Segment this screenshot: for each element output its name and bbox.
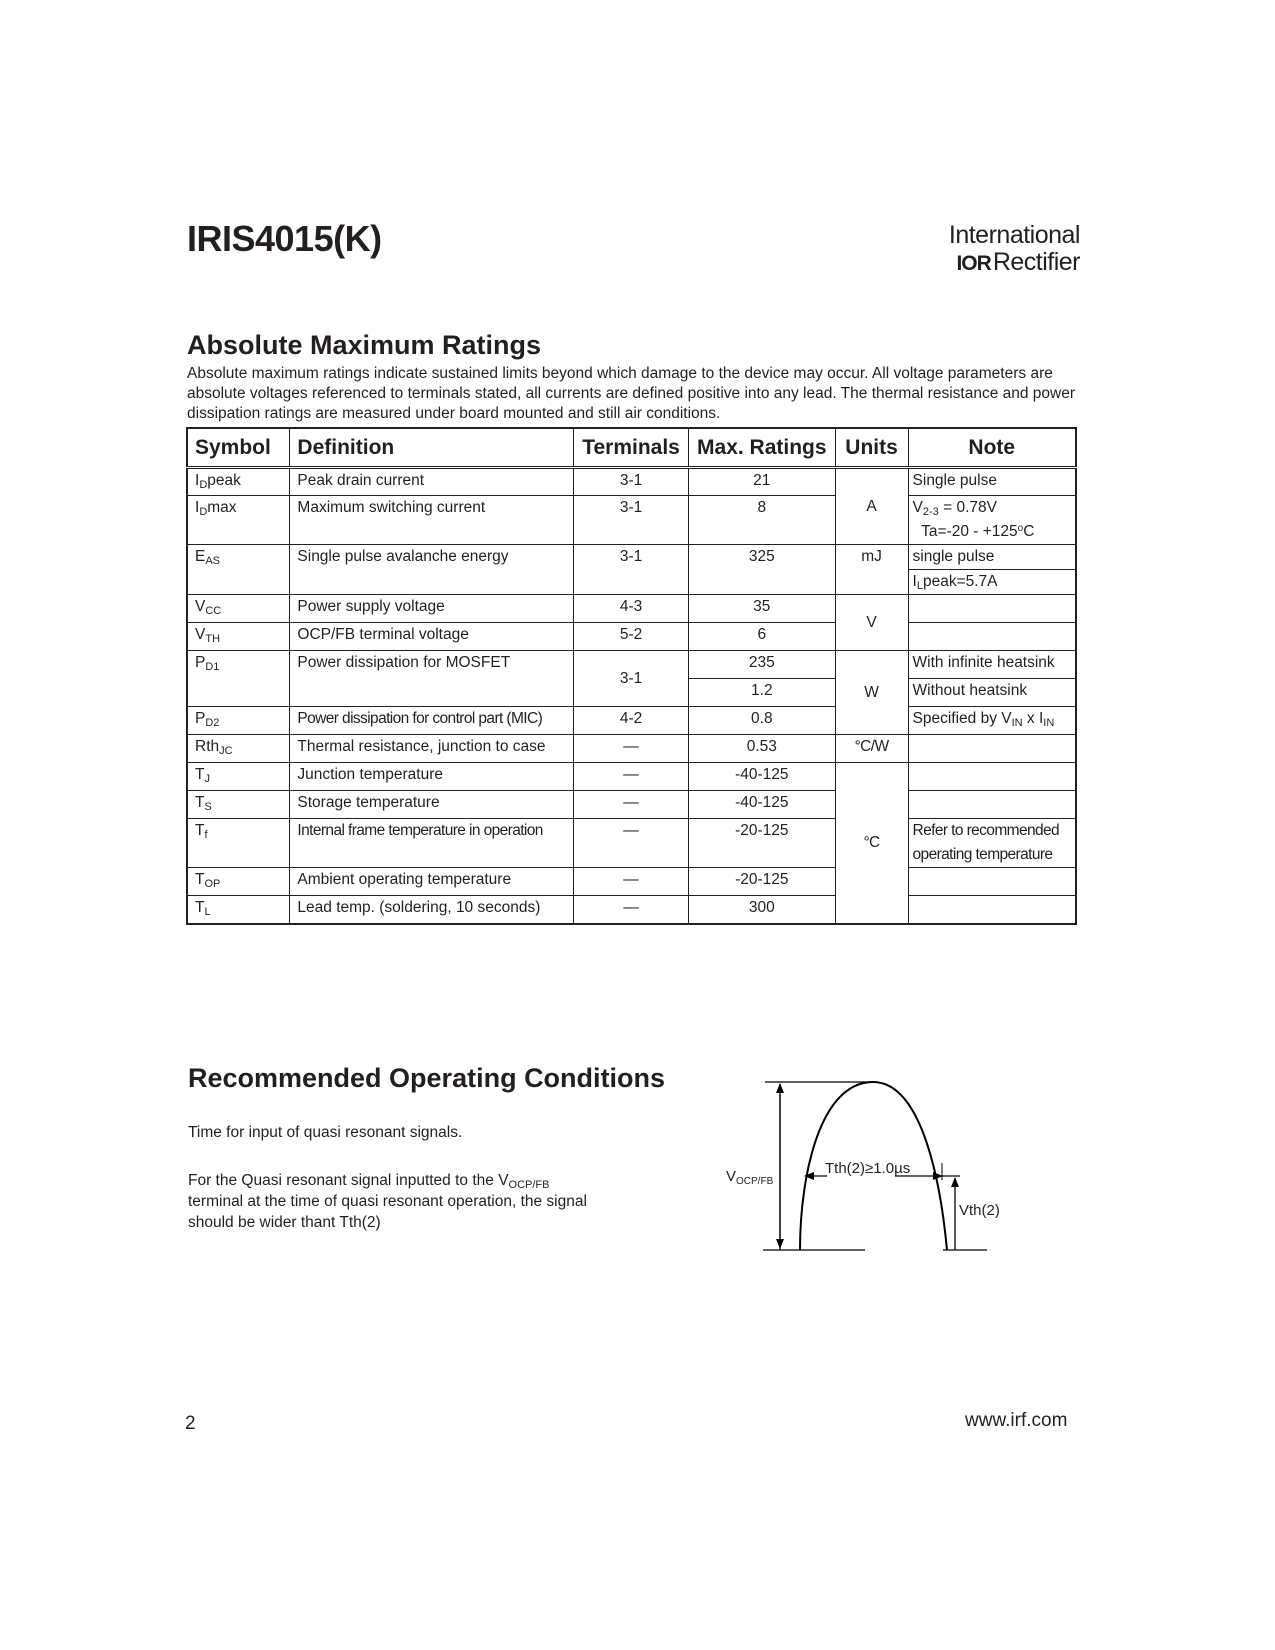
note-cell: [908, 868, 1076, 896]
definition-cell: Maximum switching current: [290, 496, 574, 545]
document-title: IRIS4015(K): [187, 218, 382, 260]
note-cell: [908, 595, 1076, 623]
max-rating-cell: 21: [689, 468, 836, 496]
units-cell: V: [835, 595, 908, 651]
symbol-cell: VCC: [187, 595, 290, 623]
definition-cell: Peak drain current: [290, 468, 574, 496]
section-title-recommended: Recommended Operating Conditions: [188, 1063, 665, 1094]
max-rating-cell: -40-125: [689, 791, 836, 819]
note-cell: [908, 896, 1076, 924]
column-header: Terminals: [574, 428, 689, 468]
symbol-cell: Tf: [187, 819, 290, 868]
column-header: Definition: [290, 428, 574, 468]
terminals-cell: —: [574, 868, 689, 896]
max-rating-cell: -20-125: [689, 819, 836, 868]
table-row: TOP Ambient operating temperature — -20-…: [187, 868, 1076, 896]
table-row: RthJC Thermal resistance, junction to ca…: [187, 735, 1076, 763]
symbol-cell: TOP: [187, 868, 290, 896]
definition-cell: Internal frame temperature in operation: [290, 819, 574, 868]
symbol-cell: IDpeak: [187, 468, 290, 496]
symbol-cell: TJ: [187, 763, 290, 791]
company-logo: International IORRectifier: [940, 222, 1080, 277]
column-header: Max. Ratings: [689, 428, 836, 468]
ior-logo-icon: IOR: [956, 252, 990, 275]
column-header: Units: [835, 428, 908, 468]
symbol-cell: IDmax: [187, 496, 290, 545]
table-row: PD2 Power dissipation for control part (…: [187, 707, 1076, 735]
logo-line-2: IORRectifier: [940, 249, 1080, 277]
vocp-fb-label: VOCP/FB: [726, 1168, 773, 1185]
max-rating-cell: 300: [689, 896, 836, 924]
logo-line-1: International: [940, 222, 1080, 249]
definition-cell: Thermal resistance, junction to case: [290, 735, 574, 763]
max-rating-cell: 8: [689, 496, 836, 545]
max-rating-cell: 0.53: [689, 735, 836, 763]
table-row: TJ Junction temperature — -40-125 °C: [187, 763, 1076, 791]
note-cell: [908, 763, 1076, 791]
column-header: Note: [908, 428, 1076, 468]
table-row: EAS Single pulse avalanche energy 3-1 32…: [187, 545, 1076, 595]
symbol-cell: RthJC: [187, 735, 290, 763]
units-cell: °C/W: [835, 735, 908, 763]
max-rating-cell: 325: [689, 545, 836, 595]
note-cell: [908, 791, 1076, 819]
definition-cell: Power supply voltage: [290, 595, 574, 623]
terminals-cell: 3-1: [574, 651, 689, 707]
table-header-row: Symbol Definition Terminals Max. Ratings…: [187, 428, 1076, 468]
table-row: TL Lead temp. (soldering, 10 seconds) — …: [187, 896, 1076, 924]
note-cell: Specified by VIN x IIN: [908, 707, 1076, 735]
definition-cell: Storage temperature: [290, 791, 574, 819]
section-intro: Absolute maximum ratings indicate sustai…: [187, 364, 1092, 424]
note-cell: Single pulse: [908, 468, 1076, 496]
symbol-cell: TL: [187, 896, 290, 924]
note-cell: Refer to recommendedoperating temperatur…: [908, 819, 1076, 868]
terminals-cell: —: [574, 763, 689, 791]
note-cell: V2-3 = 0.78V Ta=-20 - +125oC: [908, 496, 1076, 545]
footer-url-link[interactable]: www.irf.com: [965, 1410, 1067, 1432]
definition-cell: Power dissipation for control part (MIC): [290, 707, 574, 735]
logo-rectifier-text: Rectifier: [993, 248, 1080, 276]
table-row: VCC Power supply voltage 4-3 35 V: [187, 595, 1076, 623]
max-rating-cell: -20-125: [689, 868, 836, 896]
symbol-cell: PD2: [187, 707, 290, 735]
symbol-cell: VTH: [187, 623, 290, 651]
terminals-cell: 4-3: [574, 595, 689, 623]
absolute-max-ratings-table: Symbol Definition Terminals Max. Ratings…: [186, 427, 1077, 925]
units-cell: W: [835, 651, 908, 735]
quasi-resonant-timing-diagram: VOCP/FB Tth(2)≥1.0µs Vth(2): [715, 1065, 1015, 1270]
recommended-paragraph-1: Time for input of quasi resonant signals…: [188, 1124, 462, 1142]
max-rating-cell: 6: [689, 623, 836, 651]
symbol-cell: PD1: [187, 651, 290, 707]
definition-cell: Power dissipation for MOSFET: [290, 651, 574, 707]
terminals-cell: 5-2: [574, 623, 689, 651]
definition-cell: Lead temp. (soldering, 10 seconds): [290, 896, 574, 924]
max-rating-cell: 235: [689, 651, 836, 679]
recommended-paragraph-2: For the Quasi resonant signal inputted t…: [188, 1170, 588, 1233]
note-cell: [908, 735, 1076, 763]
definition-cell: Ambient operating temperature: [290, 868, 574, 896]
table-row: Tf Internal frame temperature in operati…: [187, 819, 1076, 868]
note-cell: [908, 623, 1076, 651]
definition-cell: OCP/FB terminal voltage: [290, 623, 574, 651]
terminals-cell: —: [574, 791, 689, 819]
max-rating-cell: 0.8: [689, 707, 836, 735]
note-cell: Without heatsink: [908, 679, 1076, 707]
section-title-absolute-max: Absolute Maximum Ratings: [187, 330, 541, 361]
terminals-cell: 3-1: [574, 545, 689, 595]
symbol-cell: EAS: [187, 545, 290, 595]
symbol-cell: TS: [187, 791, 290, 819]
terminals-cell: 4-2: [574, 707, 689, 735]
column-header: Symbol: [187, 428, 290, 468]
units-cell: °C: [835, 763, 908, 924]
table-row: IDpeak Peak drain current 3-1 21 A Singl…: [187, 468, 1076, 496]
terminals-cell: 3-1: [574, 468, 689, 496]
terminals-cell: 3-1: [574, 496, 689, 545]
table-row: VTH OCP/FB terminal voltage 5-2 6: [187, 623, 1076, 651]
max-rating-cell: 1.2: [689, 679, 836, 707]
units-cell: mJ: [835, 545, 908, 595]
table-row: TS Storage temperature — -40-125: [187, 791, 1076, 819]
tth2-label: Tth(2)≥1.0µs: [825, 1160, 910, 1177]
table-row: PD1 Power dissipation for MOSFET 3-1 235…: [187, 651, 1076, 679]
terminals-cell: —: [574, 735, 689, 763]
units-cell: A: [835, 468, 908, 545]
terminals-cell: —: [574, 819, 689, 868]
note-cell: With infinite heatsink: [908, 651, 1076, 679]
definition-cell: Single pulse avalanche energy: [290, 545, 574, 595]
definition-cell: Junction temperature: [290, 763, 574, 791]
page-number: 2: [185, 1413, 196, 1435]
note-cell: single pulse ILpeak=5.7A: [908, 545, 1076, 595]
max-rating-cell: 35: [689, 595, 836, 623]
terminals-cell: —: [574, 896, 689, 924]
max-rating-cell: -40-125: [689, 763, 836, 791]
table-row: IDmax Maximum switching current 3-1 8 V2…: [187, 496, 1076, 545]
vth2-label: Vth(2): [959, 1202, 1000, 1219]
